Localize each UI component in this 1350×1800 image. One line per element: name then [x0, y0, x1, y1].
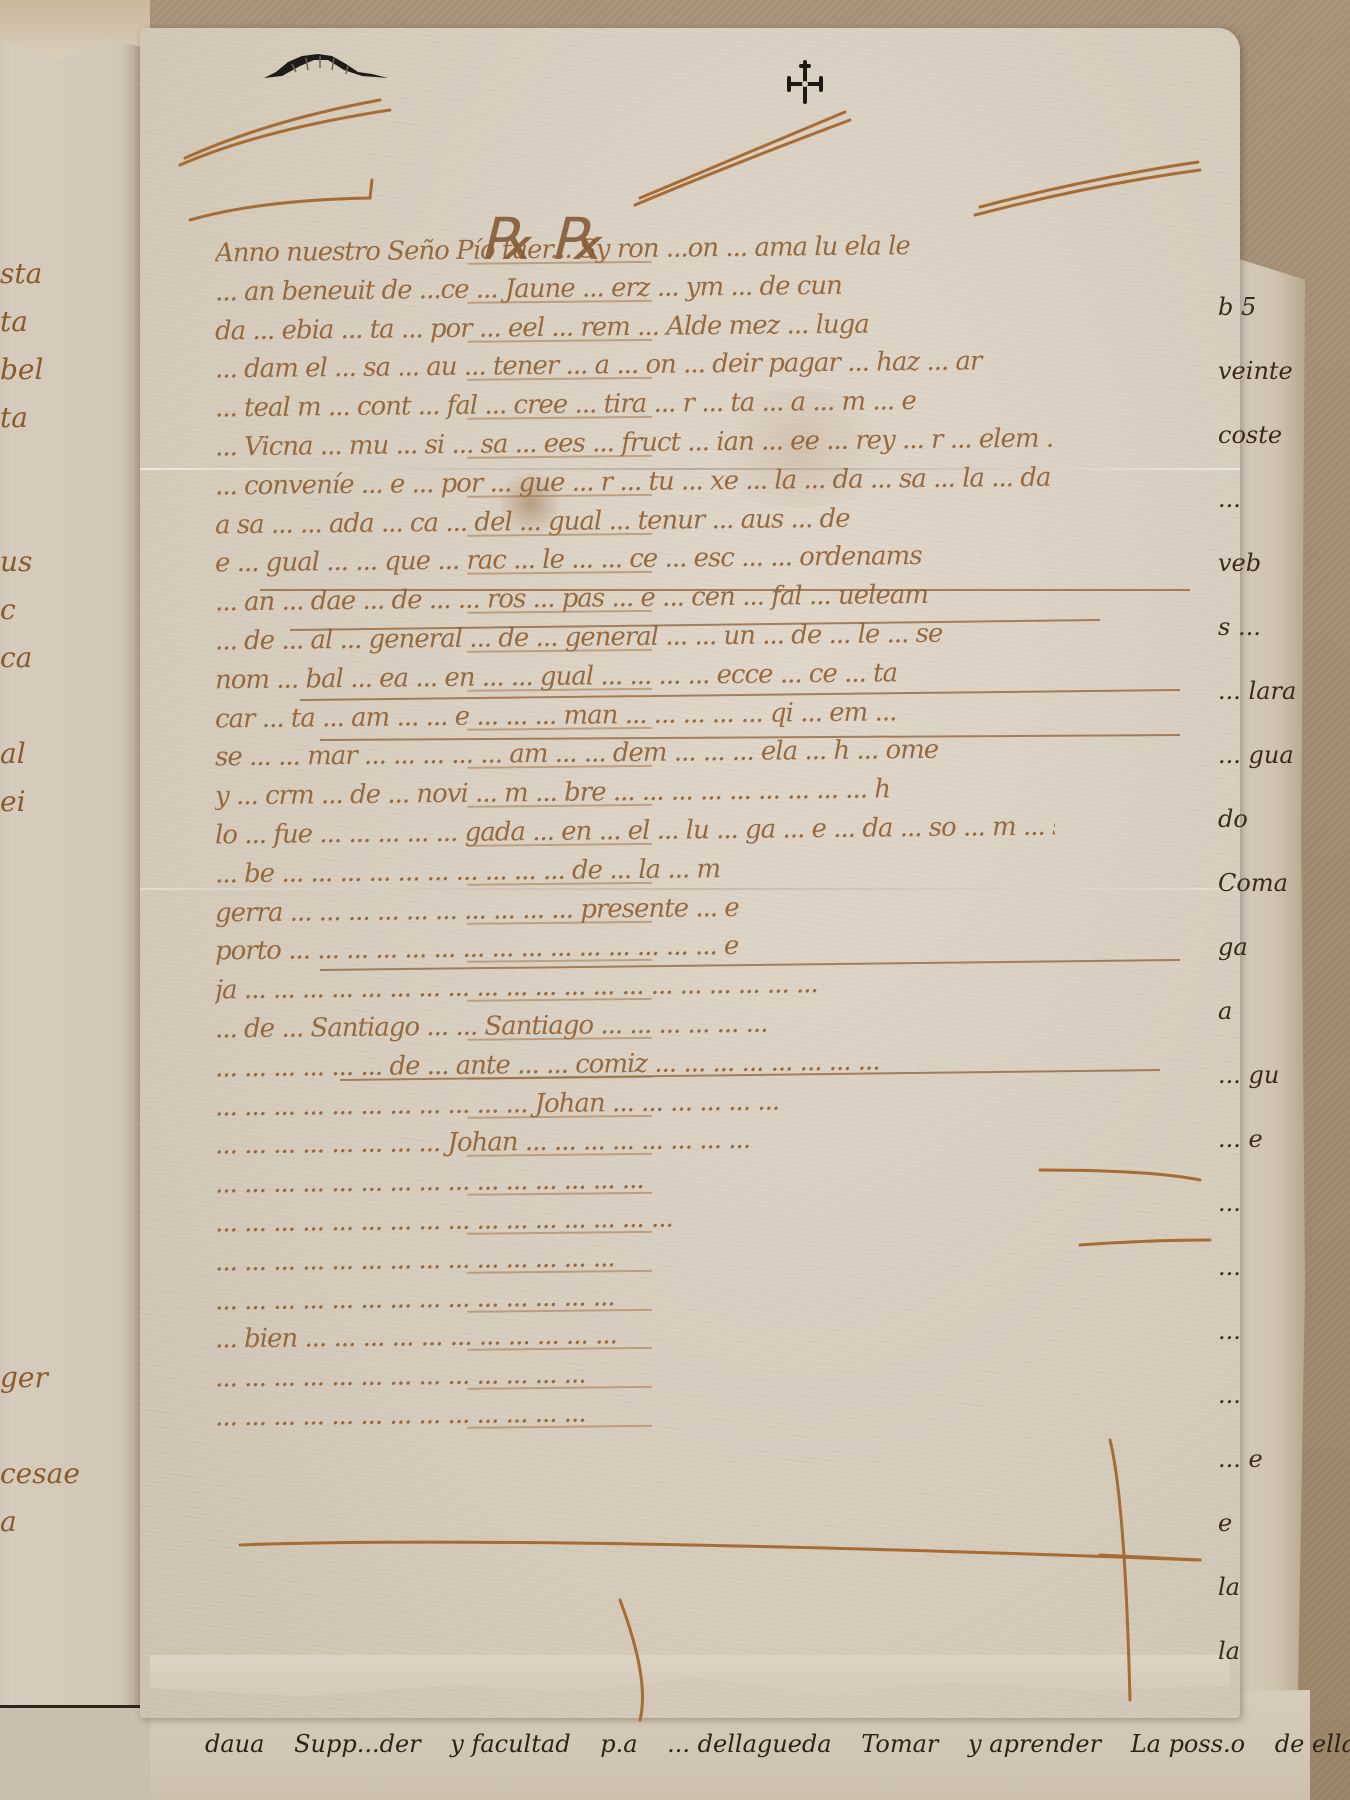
- right-fragment: ... gu: [1218, 1043, 1308, 1107]
- manuscript-body-text: Anno nuestro Seño Pío tuer... Sy ron ...…: [215, 230, 1055, 1433]
- left-fragment: ta: [0, 394, 110, 442]
- bottom-word: daua: [205, 1730, 264, 1758]
- left-fragment: ger: [0, 1354, 110, 1402]
- left-page-text-fragments: sta ta bel ta us c ca al ei ger cesae a: [0, 250, 110, 1546]
- bottom-word: Supp...der: [294, 1730, 421, 1758]
- left-fragment: [0, 490, 110, 538]
- left-fragment: [0, 1018, 110, 1066]
- right-fragment: coste: [1218, 403, 1308, 467]
- left-fragment: [0, 1306, 110, 1354]
- left-fragment: ta: [0, 298, 110, 346]
- right-strip-text-fragments: b 5 veinte coste ... veb s ... ... lara …: [1218, 275, 1308, 1683]
- seal-fragment-icon: [262, 50, 392, 80]
- right-fragment: b 5: [1218, 275, 1308, 339]
- right-fragment: ... lara: [1218, 659, 1308, 723]
- right-fragment: veb: [1218, 531, 1308, 595]
- left-fragment: [0, 970, 110, 1018]
- right-fragment: ... e: [1218, 1107, 1308, 1171]
- left-fragment: [0, 1210, 110, 1258]
- right-fragment: ... e: [1218, 1427, 1308, 1491]
- right-fragment: ... gua: [1218, 723, 1308, 787]
- left-fragment: [0, 1258, 110, 1306]
- left-facing-page: sta ta bel ta us c ca al ei ger cesae a: [0, 0, 150, 1800]
- left-fragment: a: [0, 1498, 110, 1546]
- left-fragment: [0, 682, 110, 730]
- right-fragment: ...: [1218, 1299, 1308, 1363]
- left-page-torn-bottom: [0, 1705, 150, 1800]
- left-fragment: us: [0, 538, 110, 586]
- left-fragment: sta: [0, 250, 110, 298]
- bottom-word: Tomar: [861, 1730, 938, 1758]
- left-fragment: [0, 1114, 110, 1162]
- left-page-torn-top: [0, 0, 150, 70]
- right-fragment: ...: [1218, 467, 1308, 531]
- right-fragment: e: [1218, 1491, 1308, 1555]
- left-fragment: c: [0, 586, 110, 634]
- left-fragment: [0, 1066, 110, 1114]
- left-fragment: bel: [0, 346, 110, 394]
- right-fragment: Coma: [1218, 851, 1308, 915]
- right-fragment: s ...: [1218, 595, 1308, 659]
- left-fragment: [0, 1402, 110, 1450]
- right-fragment: ...: [1218, 1171, 1308, 1235]
- right-fragment: ga: [1218, 915, 1308, 979]
- right-fragment: a: [1218, 979, 1308, 1043]
- bottom-word: y facultad: [450, 1730, 570, 1758]
- left-fragment: [0, 826, 110, 874]
- bottom-word: p.a: [600, 1730, 637, 1758]
- left-fragment: ca: [0, 634, 110, 682]
- left-fragment: [0, 1162, 110, 1210]
- right-fragment: ...: [1218, 1235, 1308, 1299]
- left-fragment: cesae: [0, 1450, 110, 1498]
- bottom-word: de ella: [1275, 1730, 1350, 1758]
- cross-icon: [785, 60, 825, 105]
- left-fragment: [0, 922, 110, 970]
- left-fragment: ei: [0, 778, 110, 826]
- bottom-word: ... dellagueda: [667, 1730, 831, 1758]
- manuscript-line: ... ... ... ... ... ... ... ... ... ... …: [215, 1390, 1055, 1438]
- bottom-strip-text: daua Supp...der y facultad p.a ... della…: [205, 1730, 1350, 1758]
- bottom-word: y aprender: [968, 1730, 1101, 1758]
- right-fragment: do: [1218, 787, 1308, 851]
- left-fragment: [0, 442, 110, 490]
- right-fragment: la: [1218, 1555, 1308, 1619]
- left-fragment: [0, 874, 110, 922]
- right-fragment: veinte: [1218, 339, 1308, 403]
- right-fragment: la: [1218, 1619, 1308, 1683]
- bottom-word: La poss.o: [1131, 1730, 1245, 1758]
- left-fragment: al: [0, 730, 110, 778]
- right-fragment: ...: [1218, 1363, 1308, 1427]
